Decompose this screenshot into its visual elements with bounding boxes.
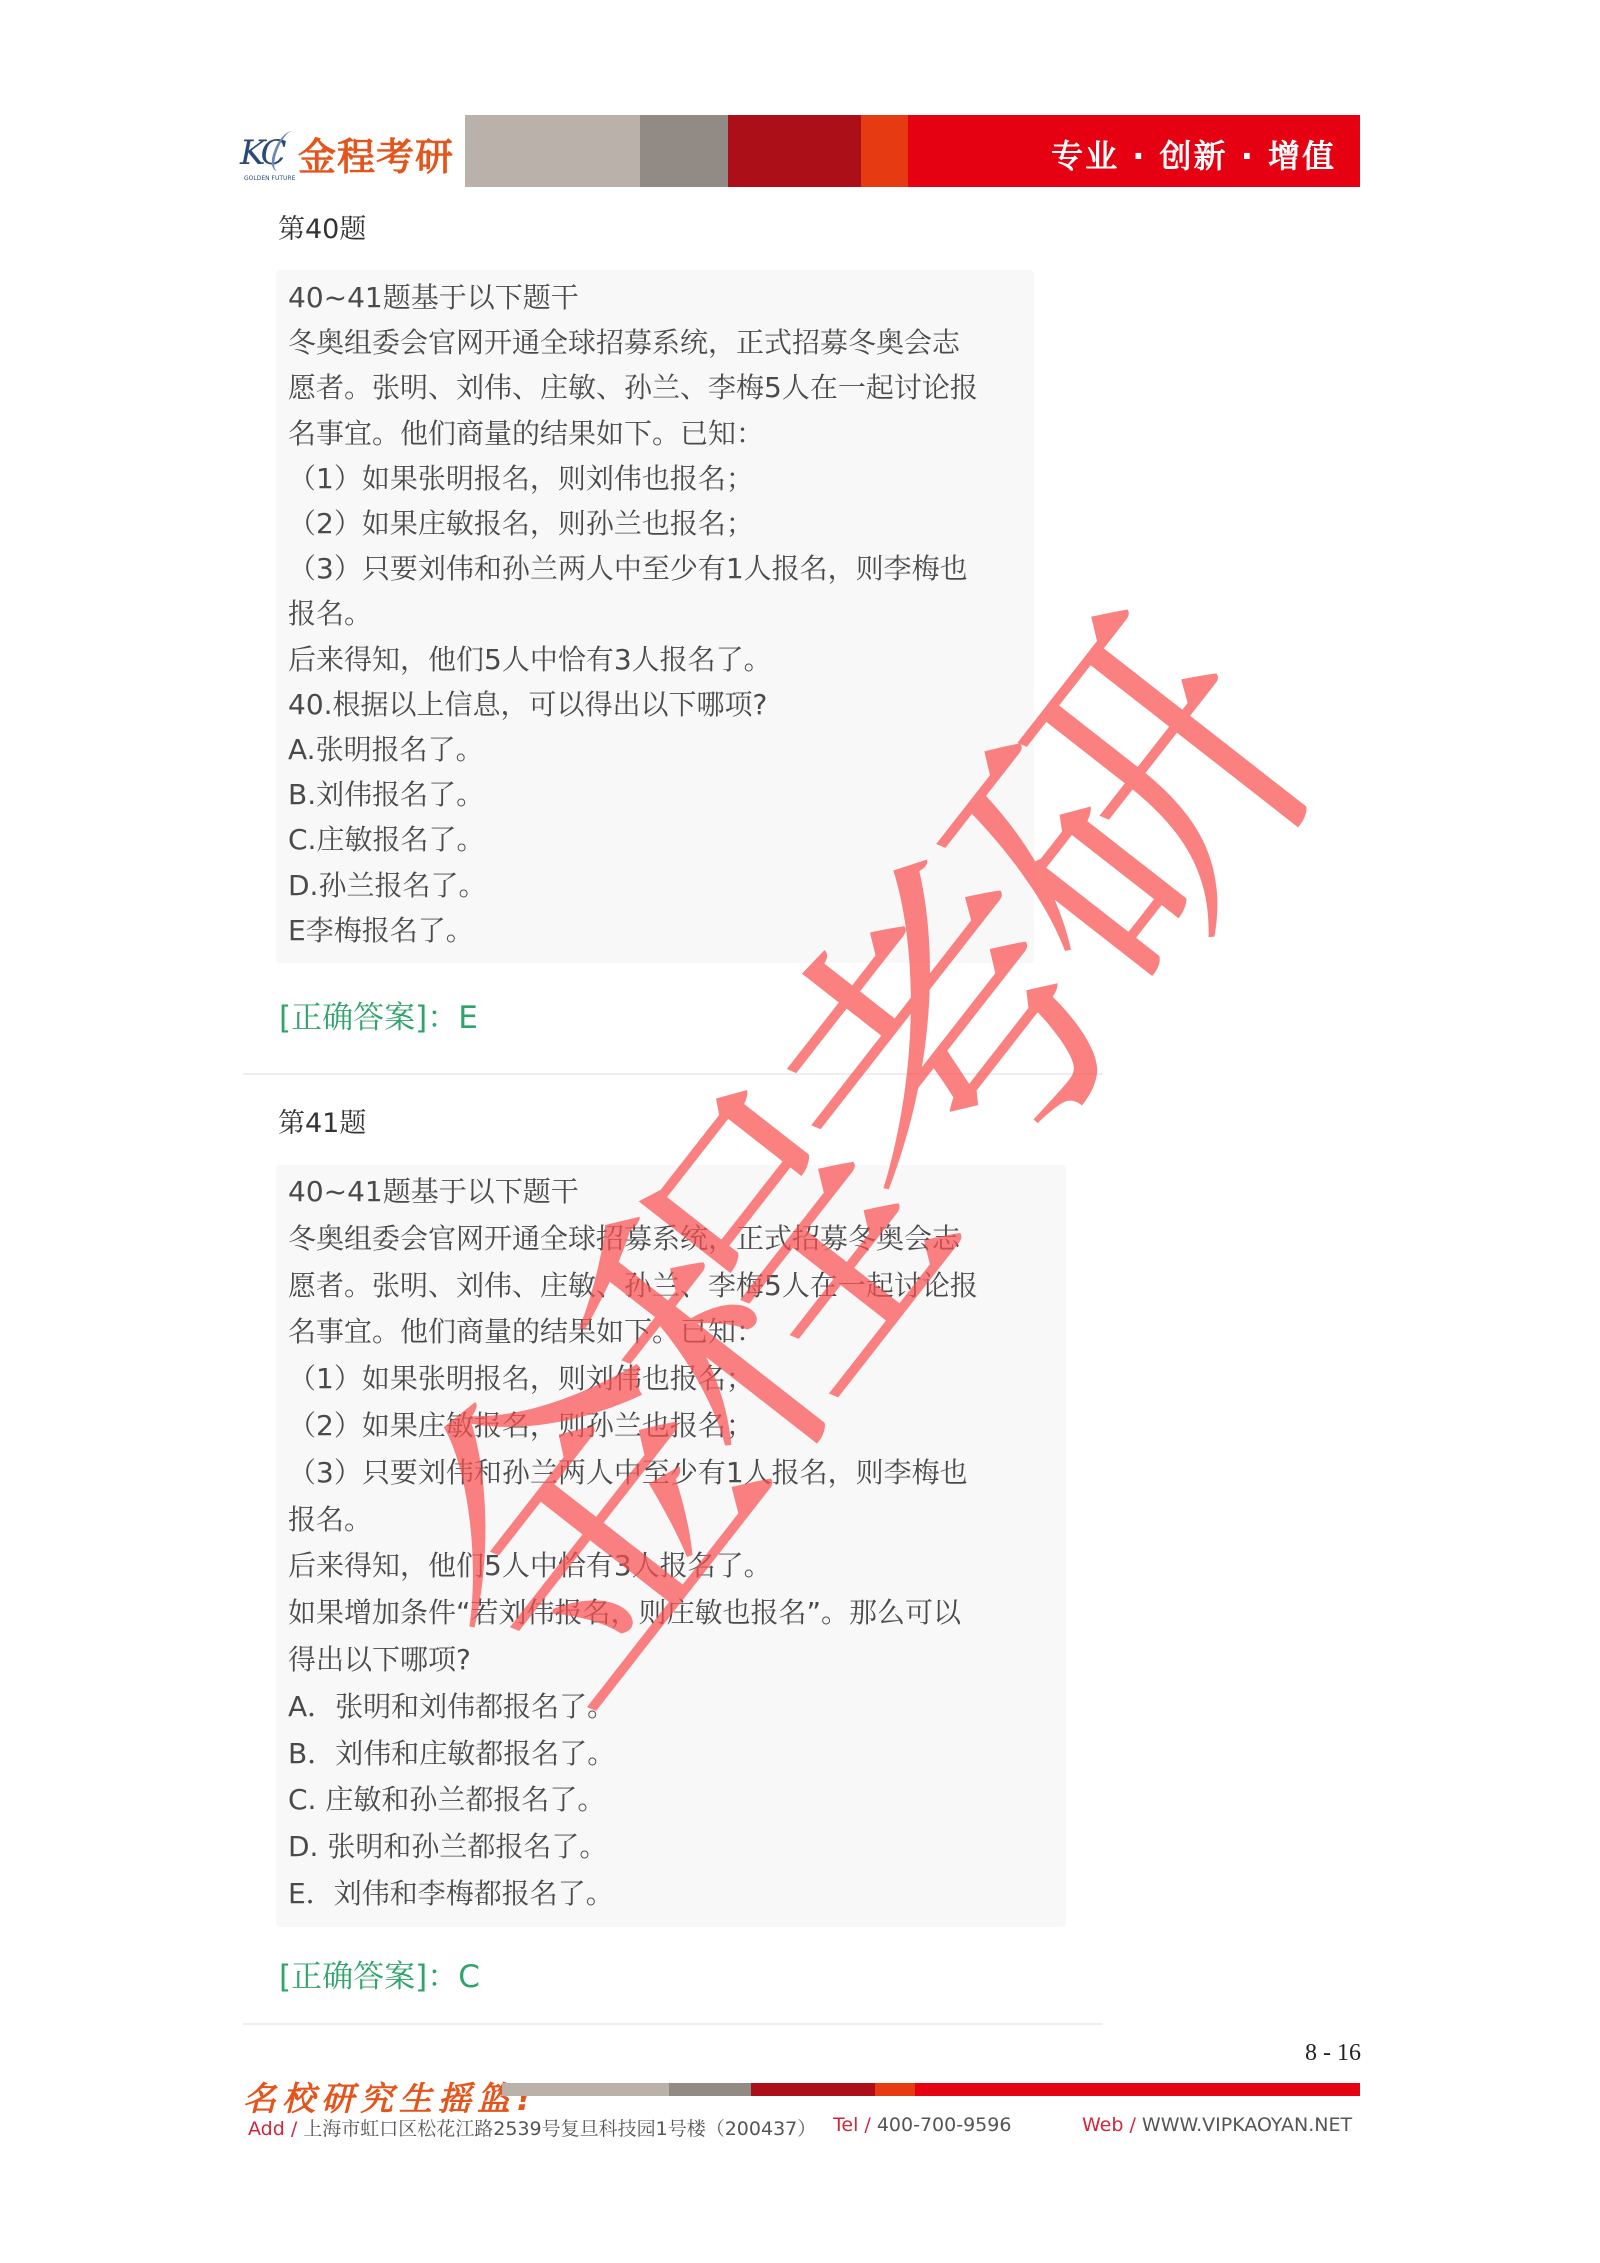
- condition-line: （2）如果庄敏报名，则孙兰也报名；: [288, 1403, 1054, 1450]
- question-title: 第41题: [278, 1093, 1103, 1155]
- header-slogan: 专业 · 创新 · 增值: [1051, 131, 1336, 177]
- question-line: 报名。: [288, 1497, 1054, 1544]
- question-line: 愿者。张明、刘伟、庄敏、孙兰、李梅5人在一起讨论报: [288, 1263, 1054, 1310]
- question-line: 冬奥组委会官网开通全球招募系统，正式招募冬奥会志: [288, 1216, 1054, 1263]
- header-bar-orange: [861, 115, 908, 187]
- logo-subtext: GOLDEN FUTURE: [244, 175, 295, 182]
- question-40: 第40题 40~41题基于以下题干 冬奥组委会官网开通全球招募系统，正式招募冬奥…: [243, 200, 1103, 1075]
- header-bar-red: 专业 · 创新 · 增值: [908, 115, 1360, 187]
- question-title: 第40题: [278, 200, 1103, 260]
- option-e: E．刘伟和李梅都报名了。: [288, 1871, 1054, 1918]
- option-d: D. 张明和孙兰都报名了。: [288, 1824, 1054, 1871]
- option-c: C.庄敏报名了。: [288, 817, 1022, 862]
- question-box: 40~41题基于以下题干 冬奥组委会官网开通全球招募系统，正式招募冬奥会志 愿者…: [276, 1165, 1066, 1927]
- question-line: 冬奥组委会官网开通全球招募系统，正式招募冬奥会志: [288, 320, 1022, 365]
- question-line: 报名。: [288, 591, 1022, 636]
- question-line: 后来得知，他们5人中恰有3人报名了。: [288, 1543, 1054, 1590]
- page-header: KC GOLDEN FUTURE 金程考研 专业 · 创新 · 增值: [240, 115, 1360, 187]
- footer-bar-red: [915, 2083, 1360, 2096]
- condition-line: （1）如果张明报名，则刘伟也报名；: [288, 1356, 1054, 1403]
- question-prompt: 得出以下哪项?: [288, 1637, 1054, 1684]
- tel-value: 400-700-9596: [871, 2114, 1012, 2136]
- option-e: E李梅报名了。: [288, 908, 1022, 953]
- question-line: 40~41题基于以下题干: [288, 275, 1022, 320]
- web-value: WWW.VIPKAOYAN.NET: [1136, 2114, 1352, 2136]
- header-color-bars: 专业 · 创新 · 增值: [465, 115, 1360, 187]
- option-a: A．张明和刘伟都报名了。: [288, 1684, 1054, 1731]
- option-c: C. 庄敏和孙兰都报名了。: [288, 1777, 1054, 1824]
- condition-line: （3）只要刘伟和孙兰两人中至少有1人报名，则李梅也: [288, 546, 1022, 591]
- question-box: 40~41题基于以下题干 冬奥组委会官网开通全球招募系统，正式招募冬奥会志 愿者…: [276, 270, 1034, 963]
- option-b: B.刘伟报名了。: [288, 772, 1022, 817]
- footer-color-bars: [502, 2083, 1360, 2096]
- header-bar-dark-red: [728, 115, 861, 187]
- question-prompt: 如果增加条件“若刘伟报名，则庄敏也报名”。那么可以: [288, 1590, 1054, 1637]
- footer-address: Add / 上海市虹口区松花江路2539号复旦科技园1号楼（200437）: [248, 2114, 816, 2141]
- correct-answer: [正确答案]：E: [279, 963, 1103, 1073]
- footer-bar-orange: [875, 2083, 915, 2096]
- footer-web: Web / WWW.VIPKAOYAN.NET: [1082, 2114, 1352, 2136]
- brand-name: 金程考研: [298, 126, 454, 181]
- question-line: 名事宜。他们商量的结果如下。已知：: [288, 1309, 1054, 1356]
- question-prompt: 40.根据以上信息，可以得出以下哪项?: [288, 682, 1022, 727]
- footer-tel: Tel / 400-700-9596: [833, 2114, 1011, 2136]
- correct-answer: [正确答案]：C: [279, 1927, 1103, 2027]
- question-line: 名事宜。他们商量的结果如下。已知：: [288, 411, 1022, 456]
- question-line: 后来得知，他们5人中恰有3人报名了。: [288, 637, 1022, 682]
- header-bar-gray-light: [465, 115, 640, 187]
- condition-line: （3）只要刘伟和孙兰两人中至少有1人报名，则李梅也: [288, 1450, 1054, 1497]
- web-label: Web /: [1082, 2114, 1136, 2136]
- question-line: 愿者。张明、刘伟、庄敏、孙兰、李梅5人在一起讨论报: [288, 365, 1022, 410]
- page-number: 8 - 16: [1305, 2040, 1361, 2067]
- option-b: B．刘伟和庄敏都报名了。: [288, 1731, 1054, 1778]
- question-41: 第41题 40~41题基于以下题干 冬奥组委会官网开通全球招募系统，正式招募冬奥…: [243, 1093, 1103, 2025]
- section-divider: [243, 1073, 1103, 1075]
- option-d: D.孙兰报名了。: [288, 863, 1022, 908]
- footer-slogan: 名校研究生摇篮!: [243, 2073, 537, 2120]
- address-label: Add /: [248, 2118, 297, 2140]
- option-a: A.张明报名了。: [288, 727, 1022, 772]
- footer-bar-gray-dark: [669, 2083, 751, 2096]
- footer-bar-dark-red: [751, 2083, 875, 2096]
- header-bar-gray-dark: [640, 115, 728, 187]
- condition-line: （1）如果张明报名，则刘伟也报名；: [288, 456, 1022, 501]
- tel-label: Tel /: [833, 2114, 871, 2136]
- kc-logo-icon: KC GOLDEN FUTURE: [240, 133, 298, 173]
- address-value: 上海市虹口区松花江路2539号复旦科技园1号楼（200437）: [297, 2118, 816, 2140]
- brand-logo: KC GOLDEN FUTURE 金程考研: [240, 123, 454, 183]
- question-line: 40~41题基于以下题干: [288, 1169, 1054, 1216]
- footer-bar-gray-light: [502, 2083, 669, 2096]
- condition-line: （2）如果庄敏报名，则孙兰也报名；: [288, 501, 1022, 546]
- page-content: 第40题 40~41题基于以下题干 冬奥组委会官网开通全球招募系统，正式招募冬奥…: [243, 200, 1103, 2025]
